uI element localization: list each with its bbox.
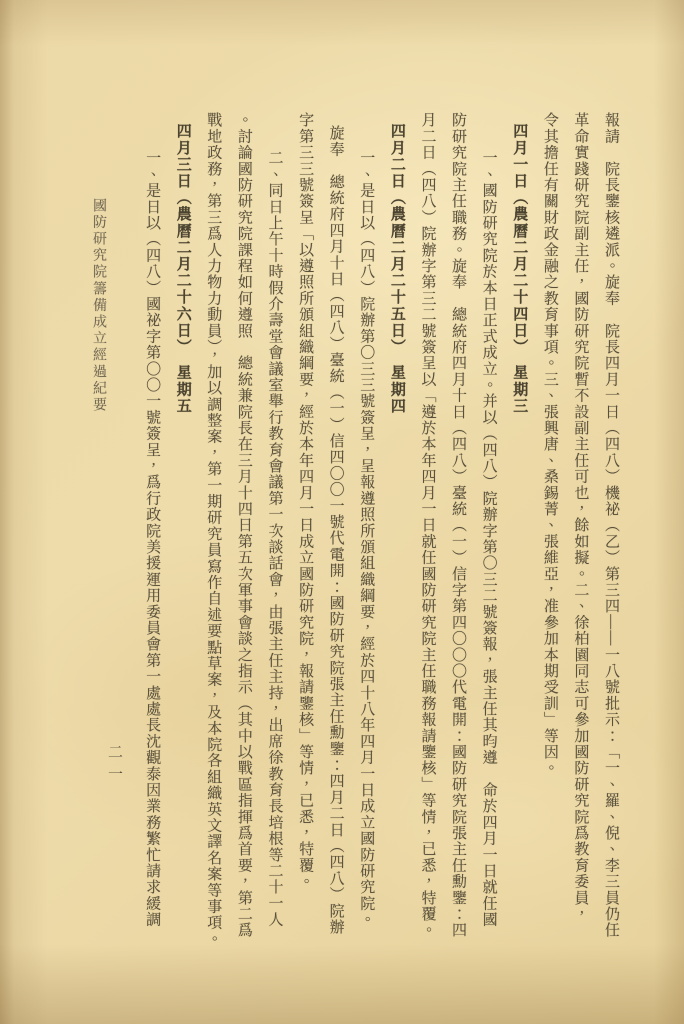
text-column-6: 月二日（四八）院辦字第三二號簽呈以「遵於本年四月一日就任國防研究院主任職務報請鑒…	[412, 106, 443, 957]
date-heading-april-2: 四月二日（農曆二月二十五日） 星期四	[381, 106, 412, 968]
page-number: 二一	[104, 744, 125, 788]
date-heading-april-1: 四月一日（農曆二月二十四日） 星期三	[504, 106, 535, 968]
text-column-9: 旋奉 總統府四月十日（四八）臺統（一）信四〇〇一號代電開：國防研究院張主任勳鑒：…	[320, 106, 351, 970]
text-column-10: 字第三三號簽呈「以遵照所頒組織綱要，經於本年四月一日成立國防研究院，報請鑒核」等…	[289, 106, 320, 957]
entry-column-15: 一、是日以（四八）國祕字第〇〇一號簽呈，爲行政院美援運用委員會第一處處長沈觀泰因…	[137, 106, 168, 995]
date-heading-april-3: 四月三日（農曆二月二十六日） 星期五	[167, 106, 198, 968]
text-column-2: 革命實踐研究院副主任，國防研究院暫不設副主任可也，餘如擬。二、徐柏園同志可參加國…	[565, 106, 596, 957]
text-column-1: 報請 院長鑒核遴派。旋奉 院長四月一日（四八）機祕（乙）第三四——一八號批示：「…	[595, 106, 626, 957]
entry-column-8: 一、是日以（四八）院辦第〇三三號簽呈，呈報遵照所頒組織綱要，經於四十八年四月一日…	[351, 106, 382, 995]
entry-column-4: 一、國防研究院於本日正式成立。并以（四八）院辦字第〇三二號簽報，張主任其昀遵 命…	[473, 106, 504, 995]
text-column-12: 。討論國防研究院課程如何遵照 總統兼院長在三月十四日第五次軍事會談之指示（其中以…	[228, 106, 259, 957]
text-column-5: 防研究院主任職務。旋奉 總統府四月十日（四八）臺統（一）信字第四〇〇〇代電開：國…	[442, 106, 473, 957]
text-column-3: 令其擔任有關財政金融之教育事項。三、張興唐、桑錫菁、張維亞，准參加本期受訓」等因…	[534, 106, 565, 957]
margin-book-title: 國防研究院籌備成立經過紀要	[88, 198, 108, 414]
entry-column-11: 二、同日上午十時假介壽堂會議室舉行教育會議第一次談話會，由張主任主持，出席徐教育…	[259, 106, 290, 995]
scanned-document-page: 報請 院長鑒核遴派。旋奉 院長四月一日（四八）機祕（乙）第三四——一八號批示：「…	[0, 0, 684, 1024]
document-body: 報請 院長鑒核遴派。旋奉 院長四月一日（四八）機祕（乙）第三四——一八號批示：「…	[137, 106, 627, 951]
text-column-13: 戰地政務，第三爲人力物力動員），加以調整案，第一期研究員寫作自述要點草案，及本院…	[198, 106, 229, 957]
